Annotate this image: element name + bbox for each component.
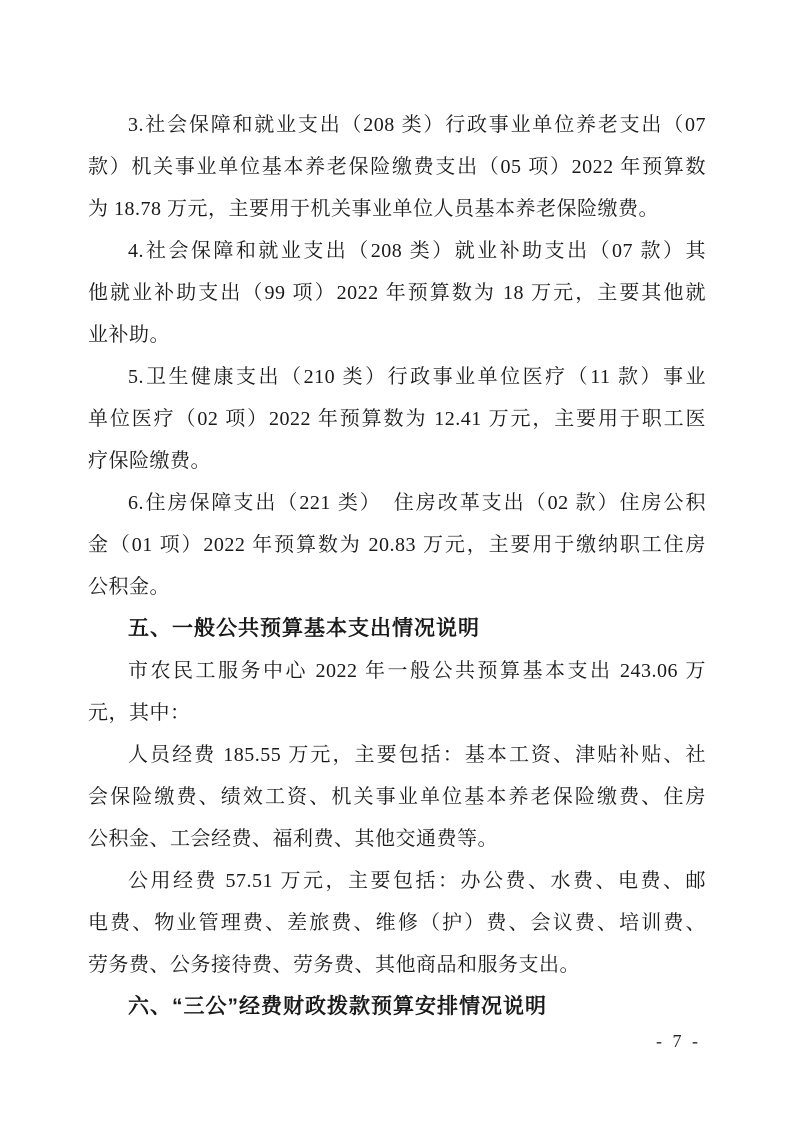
paragraph-health-expenditure: 5.卫生健康支出（210 类）行政事业单位医疗（11 款）事业 单位医疗（02 … [88,356,706,482]
section-heading-basic-expenditure: 五、一般公共预算基本支出情况说明 [88,608,706,650]
text-line: 会保险缴费、绩效工资、机关事业单位基本养老保险缴费、住房 [88,776,706,818]
paragraph-basic-expenditure-total: 市农民工服务中心 2022 年一般公共预算基本支出 243.06 万 元，其中： [88,650,706,734]
text-line: 市农民工服务中心 2022 年一般公共预算基本支出 243.06 万 [88,650,706,692]
text-line: 4.社会保障和就业支出（208 类）就业补助支出（07 款）其 [88,230,706,272]
paragraph-employment-subsidy: 4.社会保障和就业支出（208 类）就业补助支出（07 款）其 他就业补助支出（… [88,230,706,356]
paragraph-public-funds: 公用经费 57.51 万元，主要包括：办公费、水费、电费、邮 电费、物业管理费、… [88,860,706,986]
text-line: 劳务费、公务接待费、劳务费、其他商品和服务支出。 [88,944,706,986]
text-line: 为 18.78 万元，主要用于机关事业单位人员基本养老保险缴费。 [88,188,706,230]
text-line: 人员经费 185.55 万元，主要包括：基本工资、津贴补贴、社 [88,734,706,776]
paragraph-pension-expenditure: 3.社会保障和就业支出（208 类）行政事业单位养老支出（07 款）机关事业单位… [88,104,706,230]
section-heading-three-public-funds: 六、“三公”经费财政拨款预算安排情况说明 [88,986,706,1028]
document-page: 3.社会保障和就业支出（208 类）行政事业单位养老支出（07 款）机关事业单位… [0,0,793,1122]
text-line: 疗保险缴费。 [88,440,706,482]
text-line: 公用经费 57.51 万元，主要包括：办公费、水费、电费、邮 [88,860,706,902]
text-line: 5.卫生健康支出（210 类）行政事业单位医疗（11 款）事业 [88,356,706,398]
text-line: 他就业补助支出（99 项）2022 年预算数为 18 万元，主要其他就 [88,272,706,314]
text-line: 3.社会保障和就业支出（208 类）行政事业单位养老支出（07 [88,104,706,146]
text-line: 公积金、工会经费、福利费、其他交通费等。 [88,818,706,860]
paragraph-housing-fund: 6.住房保障支出（221 类） 住房改革支出（02 款）住房公积 金（01 项）… [88,482,706,608]
text-line: 6.住房保障支出（221 类） 住房改革支出（02 款）住房公积 [88,482,706,524]
text-line: 公积金。 [88,566,706,608]
paragraph-personnel-funds: 人员经费 185.55 万元，主要包括：基本工资、津贴补贴、社 会保险缴费、绩效… [88,734,706,860]
text-line: 款）机关事业单位基本养老保险缴费支出（05 项）2022 年预算数 [88,146,706,188]
text-line: 单位医疗（02 项）2022 年预算数为 12.41 万元，主要用于职工医 [88,398,706,440]
text-line: 业补助。 [88,314,706,356]
page-footer: - 7 - [656,1030,701,1052]
text-line: 元，其中： [88,692,706,734]
text-line: 金（01 项）2022 年预算数为 20.83 万元，主要用于缴纳职工住房 [88,524,706,566]
document-body: 3.社会保障和就业支出（208 类）行政事业单位养老支出（07 款）机关事业单位… [88,104,706,1028]
text-line: 电费、物业管理费、差旅费、维修（护）费、会议费、培训费、 [88,902,706,944]
page-number: - 7 - [656,1031,701,1051]
